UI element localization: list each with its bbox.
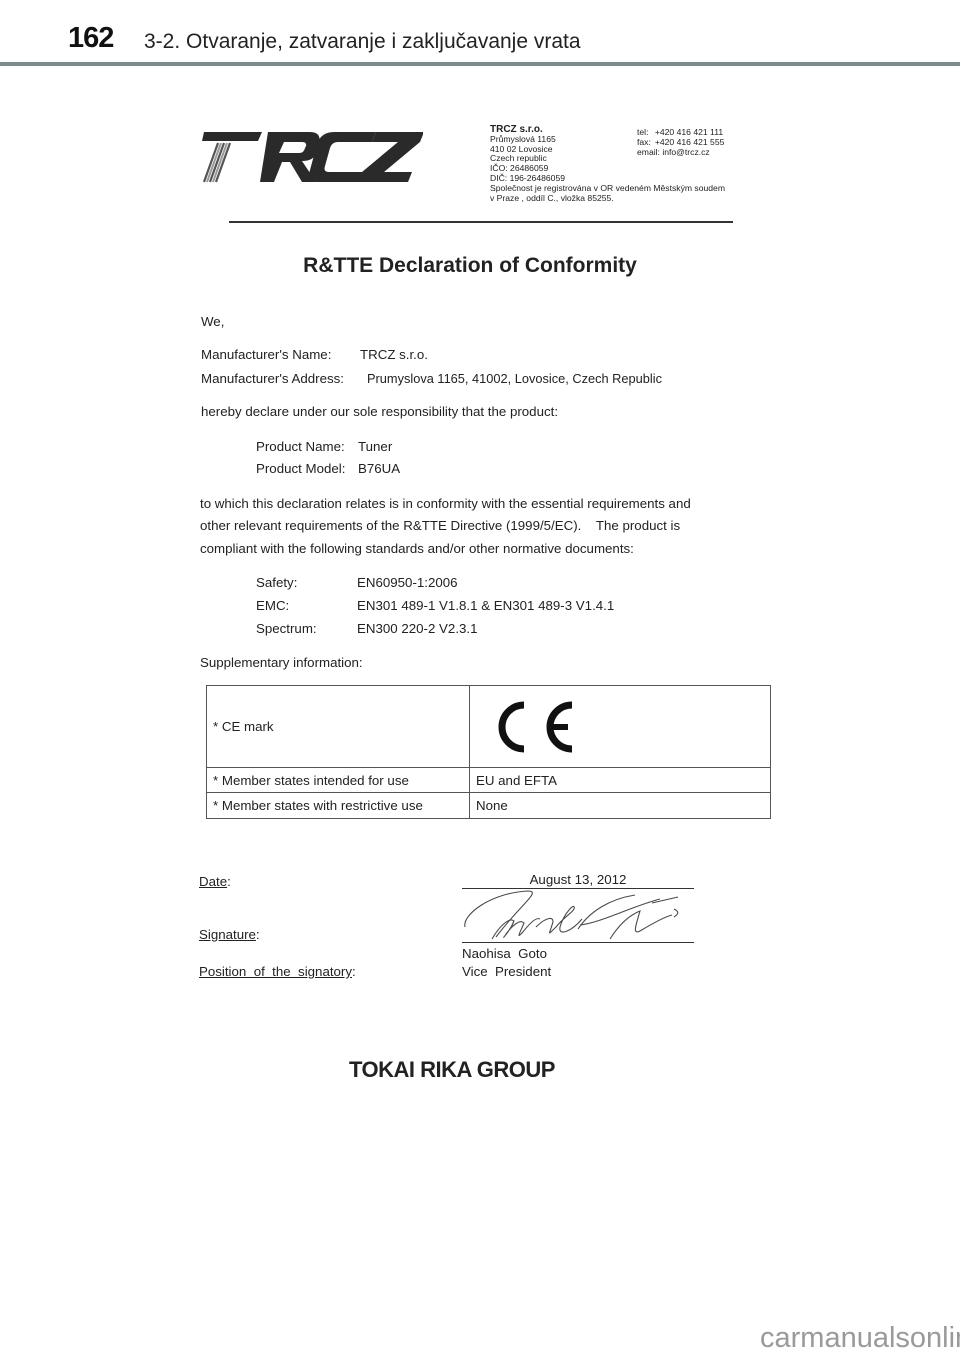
standard-spectrum-label: Spectrum: bbox=[256, 621, 317, 636]
manufacturer-address-label: Manufacturer's Address: bbox=[201, 371, 344, 386]
signatory-name: Naohisa Goto bbox=[462, 946, 547, 961]
section-title: 3-2. Otvaranje, zatvaranje i zaključavan… bbox=[144, 30, 581, 54]
signature-line bbox=[462, 942, 694, 943]
manufacturer-name-value: TRCZ s.r.o. bbox=[360, 347, 428, 362]
trcz-logo bbox=[198, 128, 423, 191]
restrictive-use-value: None bbox=[470, 793, 771, 819]
document-title: R&TTE Declaration of Conformity bbox=[0, 254, 940, 278]
watermark: carmanualsonline.info bbox=[760, 1322, 960, 1355]
standard-spectrum-value: EN300 220-2 V2.3.1 bbox=[357, 621, 478, 636]
signature-label: Signature bbox=[199, 927, 256, 942]
tokai-rika-group-logo: TOKAI RIKA GROUP bbox=[349, 1057, 555, 1083]
header-rule bbox=[0, 62, 960, 66]
signature-label-block: Signature: bbox=[199, 927, 260, 942]
product-name-label: Product Name: bbox=[256, 439, 345, 454]
date-value: August 13, 2012 bbox=[462, 872, 694, 887]
standard-safety-value: EN60950-1:2006 bbox=[357, 575, 458, 590]
letterhead-rule bbox=[229, 221, 733, 223]
position-label: Position of the signatory bbox=[199, 964, 352, 979]
colon: : bbox=[352, 964, 356, 979]
signatory-position: Vice President bbox=[462, 964, 551, 979]
contact-info: tel:+420 416 421 111 fax:+420 416 421 55… bbox=[637, 128, 728, 157]
restrictive-use-label: * Member states with restrictive use bbox=[207, 793, 470, 819]
supplementary-label: Supplementary information: bbox=[200, 655, 363, 670]
ce-mark-cell bbox=[470, 686, 771, 768]
company-registration-2: v Praze , oddíl C., vložka 85255. bbox=[490, 194, 725, 204]
date-label: Date bbox=[199, 874, 227, 889]
colon: : bbox=[227, 874, 231, 889]
supplementary-table: * CE mark * Member states intended for u… bbox=[206, 685, 771, 819]
page-number: 162 bbox=[68, 22, 113, 55]
conformity-line-2: other relevant requirements of the R&TTE… bbox=[200, 518, 680, 533]
declare-text: hereby declare under our sole responsibi… bbox=[201, 404, 558, 419]
standard-emc-value: EN301 489-1 V1.8.1 & EN301 489-3 V1.4.1 bbox=[357, 598, 614, 613]
conformity-line-1: to which this declaration relates is in … bbox=[200, 496, 691, 511]
signature-image bbox=[460, 887, 690, 950]
date-label-block: Date: bbox=[199, 874, 231, 889]
manufacturer-name-label: Manufacturer's Name: bbox=[201, 347, 331, 362]
intended-use-label: * Member states intended for use bbox=[207, 768, 470, 793]
product-model-label: Product Model: bbox=[256, 461, 345, 476]
ce-mark-icon bbox=[488, 697, 578, 757]
product-model-value: B76UA bbox=[358, 461, 400, 476]
conformity-line-3: compliant with the following standards a… bbox=[200, 541, 634, 556]
email-label: email: bbox=[637, 147, 660, 157]
table-row: * Member states with restrictive use Non… bbox=[207, 793, 771, 819]
table-row: * CE mark bbox=[207, 686, 771, 768]
standard-emc-label: EMC: bbox=[256, 598, 289, 613]
manufacturer-address-value: Prumyslova 1165, 41002, Lovosice, Czech … bbox=[367, 371, 662, 386]
colon: : bbox=[256, 927, 260, 942]
table-row: * Member states intended for use EU and … bbox=[207, 768, 771, 793]
standard-safety-label: Safety: bbox=[256, 575, 297, 590]
ce-mark-label: * CE mark bbox=[207, 686, 470, 768]
position-label-block: Position of the signatory: bbox=[199, 964, 356, 979]
product-name-value: Tuner bbox=[358, 439, 392, 454]
intro-text: We, bbox=[201, 314, 224, 329]
email-value: info@trcz.cz bbox=[662, 147, 709, 157]
intended-use-value: EU and EFTA bbox=[470, 768, 771, 793]
